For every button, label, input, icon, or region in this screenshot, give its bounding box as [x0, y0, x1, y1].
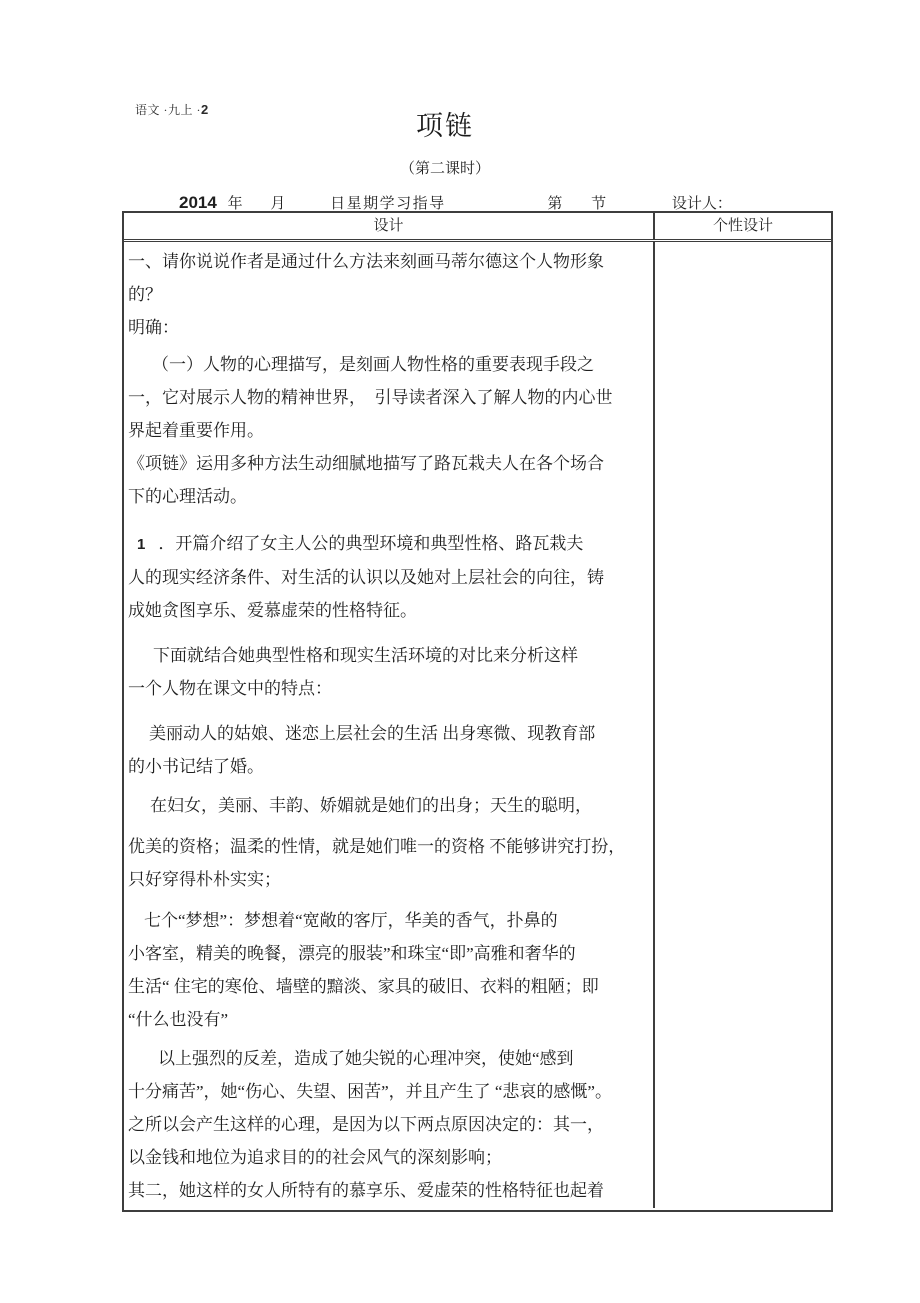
table-header-row: 设计 个性设计	[124, 213, 831, 242]
document-line: 人的现实经济条件、对生活的认识以及她对上层社会的向往，铸	[128, 561, 653, 594]
lesson-plan-table: 设计 个性设计 一、请你说说作者是通过什么方法来刻画马蒂尔德这个人物形象的？明确…	[122, 211, 833, 1212]
meta-section-unit: 节	[591, 192, 606, 213]
column-header-personal-design: 个性设计	[655, 213, 831, 239]
meta-year: 2014	[179, 193, 217, 213]
document-line: 小客室，精美的晚餐，漂亮的服装”和珠宝“即”高雅和奢华的	[128, 937, 653, 970]
document-line: 的小书记结了婚。	[128, 750, 653, 783]
document-line: 一，它对展示人物的精神世界， 引导读者深入了解人物的内心世	[128, 381, 653, 414]
document-line: 明确：	[128, 311, 653, 344]
document-line: 之所以会产生这样的心理，是因为以下两点原因决定的：其一，	[128, 1108, 653, 1141]
table-body-row: 一、请你说说作者是通过什么方法来刻画马蒂尔德这个人物形象的？明确：（一）人物的心…	[124, 242, 831, 1208]
page-subtitle: （第二课时）	[0, 157, 890, 178]
document-line: 一、请你说说作者是通过什么方法来刻画马蒂尔德这个人物形象	[128, 245, 653, 278]
meta-month-unit: 月	[270, 192, 285, 213]
document-line: 在妇女，美丽、丰韵、娇媚就是她们的出身；天生的聪明，	[128, 789, 653, 822]
document-line: 下的心理活动。	[128, 480, 653, 513]
meta-day-study-guide: 日星期学习指导	[330, 192, 446, 213]
list-number: 1	[137, 536, 145, 553]
personal-design-cell	[655, 242, 831, 1208]
document-line: 十分痛苦”，她“伤心、失望、困苦”，并且产生了 “悲哀的感慨”。	[128, 1075, 653, 1108]
design-content-cell: 一、请你说说作者是通过什么方法来刻画马蒂尔德这个人物形象的？明确：（一）人物的心…	[124, 242, 655, 1208]
document-line: 其二，她这样的女人所特有的慕享乐、爱虚荣的性格特征也起着	[128, 1174, 653, 1207]
document-line: 界起着重要作用。	[128, 414, 653, 447]
meta-line: 2014 年 月 日星期学习指导 第 节 设计人：	[0, 192, 920, 213]
document-page: 语文 ·九上 ·2 项链 （第二课时） 2014 年 月 日星期学习指导 第 节…	[0, 0, 920, 1303]
document-line: 1．开篇介绍了女主人公的典型环境和典型性格、路瓦栽夫	[128, 527, 653, 561]
page-title: 项链	[0, 104, 890, 143]
meta-section-prefix: 第	[547, 192, 562, 213]
column-header-design: 设计	[124, 213, 655, 239]
document-line: 以金钱和地位为追求目的的社会风气的深刻影响；	[128, 1141, 653, 1174]
document-line: 七个“梦想”：梦想着“宽敞的客厅，华美的香气，扑鼻的	[128, 904, 653, 937]
document-line: 只好穿得朴朴实实；	[128, 863, 653, 896]
document-line: 成她贪图享乐、爱慕虚荣的性格特征。	[128, 594, 653, 627]
document-line: 美丽动人的姑娘、迷恋上层社会的生活 出身寒微、现教育部	[128, 717, 653, 750]
document-line: 的？	[128, 278, 653, 311]
document-line: 以上强烈的反差，造成了她尖锐的心理冲突，使她“感到	[128, 1042, 653, 1075]
document-line: 优美的资格；温柔的性情，就是她们唯一的资格 不能够讲究打扮，	[128, 830, 653, 863]
meta-year-unit: 年	[228, 192, 243, 213]
document-line: 下面就结合她典型性格和现实生活环境的对比来分析这样	[128, 639, 653, 672]
document-line: （一）人物的心理描写，是刻画人物性格的重要表现手段之	[128, 348, 653, 381]
document-line: “什么也没有”	[128, 1003, 653, 1036]
document-line: 一个人物在课文中的特点：	[128, 672, 653, 705]
document-line: 生活“ 住宅的寒伧、墙壁的黯淡、家具的破旧、衣料的粗陋；即	[128, 970, 653, 1003]
document-line: 《项链》运用多种方法生动细腻地描写了路瓦栽夫人在各个场合	[128, 447, 653, 480]
meta-designer-label: 设计人：	[672, 192, 732, 213]
